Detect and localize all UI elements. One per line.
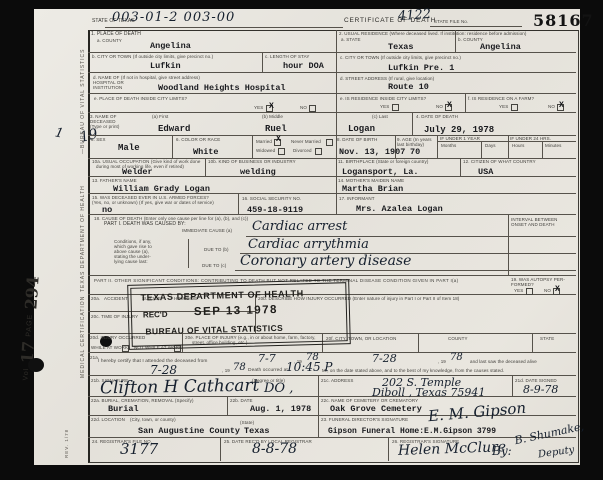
res-county-value: Angelina — [480, 42, 521, 52]
physician-address-label: 21c. ADDRESS — [321, 378, 353, 383]
location-sublabel-2: (State) — [240, 420, 254, 425]
rule — [532, 333, 533, 352]
rule — [318, 396, 319, 437]
rule — [481, 141, 482, 158]
res-limits-yes-label: YES — [380, 104, 389, 109]
certify-text-4: Death occurred at — [248, 368, 288, 374]
rule — [227, 396, 228, 415]
accident-label: ACCIDENT — [104, 296, 128, 301]
rule — [88, 112, 576, 113]
date-of-death-label: 4. DATE OF DEATH — [416, 114, 458, 119]
certify-19-c: , 19 — [222, 368, 230, 373]
pod-hospital-label-3: INSTITUTION — [93, 85, 122, 90]
side-label-bureau: —BUREAU OF VITAL STATISTICS — [80, 34, 86, 154]
dob-value: Nov. 13, 1907 — [339, 147, 405, 157]
under-1-year-label: IF UNDER 1 YEAR — [440, 136, 480, 141]
mother-label: 14. MOTHER'S MAIDEN NAME — [338, 178, 404, 183]
stamp-date: SEP 13 1978 — [194, 304, 278, 318]
date-of-death-value: July 29, 1978 — [424, 125, 494, 135]
injury-item-label: 20a. — [91, 296, 100, 301]
pod-limits-label: e. PLACE OF DEATH INSIDE CITY LIMITS? — [94, 96, 187, 101]
sex-label: 5. SEX — [91, 137, 106, 142]
res-limits-no-mark: X — [447, 101, 452, 110]
funeral-director-label: 23. FUNERAL DIRECTOR'S SIGNATURE — [321, 417, 408, 422]
part1-label: PART I. DEATH WAS CAUSED BY: — [104, 222, 186, 228]
rule — [88, 72, 576, 73]
received-stamp: TEXAS DEPARTMENT OF HEALTH REC'D SEP 13 … — [127, 279, 351, 350]
armed-forces-value: no — [102, 205, 112, 215]
rule — [460, 158, 461, 176]
name-last-value: Logan — [348, 124, 375, 134]
divorced-checkbox — [315, 148, 322, 155]
injury-county-label: COUNTY — [448, 336, 468, 341]
cause-c-value: Coronary artery disease — [240, 253, 411, 269]
occupation-value: Welder — [122, 167, 153, 177]
autopsy-label-2: FORMED? — [511, 282, 534, 287]
date-signed-value: 8-9-78 — [523, 383, 558, 396]
burial-date-label: 22b. DATE — [230, 398, 253, 403]
burial-type-value: Burial — [108, 404, 139, 414]
due-to-c-label: DUE TO (c) — [202, 263, 226, 268]
funeral-home-value: Gipson Funeral Home:E.M.Gipson 3799 — [328, 427, 496, 436]
certify-text-2: and last saw the deceased alive — [470, 359, 537, 364]
rule — [88, 176, 576, 177]
ssn-value: 459-18-9119 — [247, 205, 303, 215]
name-first-label: (a) First — [152, 114, 168, 119]
page-number: 294 — [21, 275, 42, 310]
race-value: White — [193, 147, 219, 157]
res-city-value: Lufkin Pre. 1 — [388, 63, 454, 73]
name-title-3: (Type or print) — [90, 124, 120, 129]
res-farm-label: f. IS RESIDENCE ON A FARM? — [468, 96, 534, 101]
widowed-checkbox — [278, 148, 285, 155]
state-file-rule — [430, 26, 522, 27]
sex-value: Male — [118, 143, 140, 153]
under-24-hrs-label: IF UNDER 24 HRS. — [510, 136, 551, 141]
certify-date-3: 7-28 — [150, 363, 177, 377]
name-last-label: (c) Last — [372, 114, 388, 119]
due-to-b-label: DUE TO (b) — [204, 247, 229, 252]
side-label-department: TEXAS DEPARTMENT OF HEALTH — [80, 172, 86, 292]
res-farm-no-mark: X — [559, 101, 564, 110]
header-rule — [105, 27, 343, 28]
months-label: Months — [441, 143, 456, 148]
pod-stay-value: hour DOA — [283, 61, 324, 71]
mother-value: Martha Brian — [342, 184, 403, 194]
rule — [412, 112, 413, 135]
industry-label: 10b. KIND OF BUSINESS OR INDUSTRY — [208, 159, 296, 164]
location-value: San Augustine County — [138, 426, 240, 436]
divorced-label: Divorced — [293, 148, 312, 153]
res-farm-yes-label: YES — [499, 104, 508, 109]
race-label: 6. COLOR OR RACE — [176, 137, 220, 142]
rule — [235, 270, 576, 271]
cemetery-label: 22c. NAME OF CEMETERY OR CREMATORY — [321, 398, 418, 403]
rule — [318, 375, 319, 396]
rule — [336, 30, 337, 214]
certify-year-2: 78 — [450, 352, 463, 363]
rule — [88, 437, 576, 438]
res-city-label: c. CITY OR TOWN (If outside city limits,… — [340, 55, 461, 60]
citizen-value: USA — [478, 167, 493, 177]
pod-hospital-value: Woodland Heights Hospital — [158, 83, 286, 93]
location-state-value: Texas — [244, 426, 270, 436]
birthplace-label: 11. BIRTHPLACE (State or foreign country… — [338, 159, 428, 164]
cause-a-value: Cardiac arrest — [252, 219, 347, 234]
scanned-death-certificate: { "colors": { "paper": "#e9e6df", "ink":… — [0, 0, 603, 480]
autopsy-no-label: NO — [544, 288, 551, 293]
rule — [205, 158, 206, 176]
burial-date-value: Aug. 1, 1978 — [250, 404, 311, 414]
immediate-cause-label: IMMEDIATE CAUSE (a) — [182, 228, 232, 233]
name-first-value: Edward — [158, 124, 190, 134]
residence-title: 2. USUAL RESIDENCE (Where deceased lived… — [339, 31, 526, 36]
never-married-label: Never Married — [291, 139, 321, 144]
cemetery-value: Oak Grove Cemetery — [330, 404, 422, 414]
res-farm-yes-checkbox — [511, 104, 518, 111]
rule — [88, 352, 576, 353]
cause-note-5: lying cause last: — [114, 259, 148, 264]
res-state-label: a. STATE — [341, 37, 361, 42]
pod-county-value: Angelina — [150, 41, 191, 51]
rule — [388, 437, 389, 461]
res-state-value: Texas — [388, 42, 414, 52]
certify-date-1: 7-7 — [258, 352, 276, 365]
res-limits-yes-checkbox — [392, 104, 399, 111]
dob-label: 8. DATE OF BIRTH — [337, 137, 377, 142]
autopsy-yes-label: YES — [514, 288, 523, 293]
cause-b-value: Cardiac arrythmia — [248, 237, 369, 252]
certify-date-2: 7-28 — [372, 352, 397, 365]
state-file-no-label: STATE FILE No. — [434, 19, 468, 24]
age-value: 70 — [410, 147, 420, 157]
registrar-signature-by: By: — [492, 444, 512, 458]
injury-state-label: STATE — [540, 336, 554, 341]
res-limits-label: e. IS RESIDENCE INSIDE CITY LIMITS? — [340, 96, 426, 101]
certify-19-b: , 19 — [438, 359, 446, 364]
stamp-recd-label: REC'D — [143, 310, 168, 320]
pod-city-value: Lufkin — [150, 61, 181, 71]
rule — [238, 193, 239, 214]
rule — [88, 214, 576, 215]
side-label-revision: REV. 1/78 — [64, 408, 69, 458]
minutes-label: Minutes — [545, 143, 561, 148]
degree-value: DO , — [264, 381, 293, 396]
place-of-death-title: 1. PLACE OF DEATH — [91, 32, 141, 38]
res-farm-no-label: NO — [548, 104, 555, 109]
pod-no-checkbox — [309, 105, 316, 112]
handwritten-number: 4122 — [398, 7, 432, 24]
pod-stay-label: c. LENGTH OF STAY — [265, 54, 310, 59]
informant-value: Mrs. Azalea Logan — [356, 204, 443, 214]
certify-year-3: 78 — [233, 362, 246, 373]
autopsy-yes-checkbox — [526, 288, 533, 295]
rule — [220, 437, 221, 461]
married-label: Married — [256, 139, 272, 144]
days-label: Days — [485, 143, 496, 148]
punch-hole-dot — [28, 358, 44, 372]
res-street-value: Route 10 — [388, 82, 429, 92]
widowed-label: Widowed — [256, 148, 275, 153]
physician-signature: Clifton H Cathcart — [100, 376, 260, 399]
rule — [188, 239, 189, 268]
rule — [508, 214, 509, 275]
informant-label: 17. INFORMANT — [339, 196, 375, 201]
rule — [437, 135, 438, 158]
autopsy-no-mark: X — [555, 285, 560, 294]
name-middle-label: (b) Middle — [262, 114, 283, 119]
rule — [542, 141, 543, 158]
pod-no-label: NO — [300, 105, 307, 110]
pod-yes-mark: X — [269, 102, 274, 111]
res-street-label: d. STREET ADDRESS (If rural, give locati… — [340, 76, 434, 81]
father-label: 13. FATHER'S NAME — [92, 178, 137, 183]
birthplace-value: Logansport, La. — [342, 167, 419, 177]
res-limits-no-label: NO — [436, 104, 443, 109]
handwritten-file-code: 003-01-2 003-00 — [112, 10, 235, 25]
rule — [88, 275, 576, 276]
pod-county-label: a. COUNTY — [97, 38, 122, 43]
interval-label-2: ONSET AND DEATH — [511, 222, 555, 227]
never-married-checkbox — [326, 139, 333, 146]
rule — [172, 135, 173, 158]
location-sublabel-1: (City, town, or county) — [130, 417, 176, 422]
rule — [262, 52, 263, 72]
page-label: PAGE — [25, 314, 34, 337]
rule — [88, 52, 576, 53]
ssn-label: 16. SOCIAL SECURITY NO. — [242, 196, 301, 201]
citizen-label: 12. CITIZEN OF WHAT COUNTRY — [463, 159, 536, 164]
stamp-line-1: TEXAS DEPARTMENT OF HEALTH — [140, 288, 303, 302]
rule — [512, 375, 513, 396]
father-value: William Grady Logan — [113, 184, 210, 194]
registrar-file-value: 3177 — [120, 440, 158, 458]
side-label-medical-certification: MEDICAL CERTIFICATION — [80, 298, 86, 378]
name-middle-value: Ruel — [265, 124, 287, 134]
married-mark: X — [276, 135, 281, 144]
rule — [508, 135, 509, 158]
serial-number: 58167 — [533, 11, 594, 30]
rule — [88, 93, 576, 94]
pod-city-label: b. CITY OR TOWN (If outside city limits,… — [92, 54, 213, 59]
certify-text-5: M., on the date stated above, and to the… — [322, 368, 504, 373]
location-label: 22d. LOCATION — [91, 417, 125, 422]
burial-type-label: 22a. BURIAL, CREMATION, REMOVAL (Specify… — [91, 398, 194, 403]
stamp-line-3: BUREAU OF VITAL STATISTICS — [145, 323, 283, 337]
rule — [465, 93, 466, 112]
rule — [418, 333, 419, 352]
industry-value: welding — [240, 167, 276, 177]
pod-yes-label: YES — [254, 105, 263, 110]
hours-label: Hours — [512, 143, 525, 148]
rule — [88, 135, 576, 136]
rule — [252, 135, 253, 158]
registrar-date-value: 8-8-78 — [252, 441, 297, 457]
